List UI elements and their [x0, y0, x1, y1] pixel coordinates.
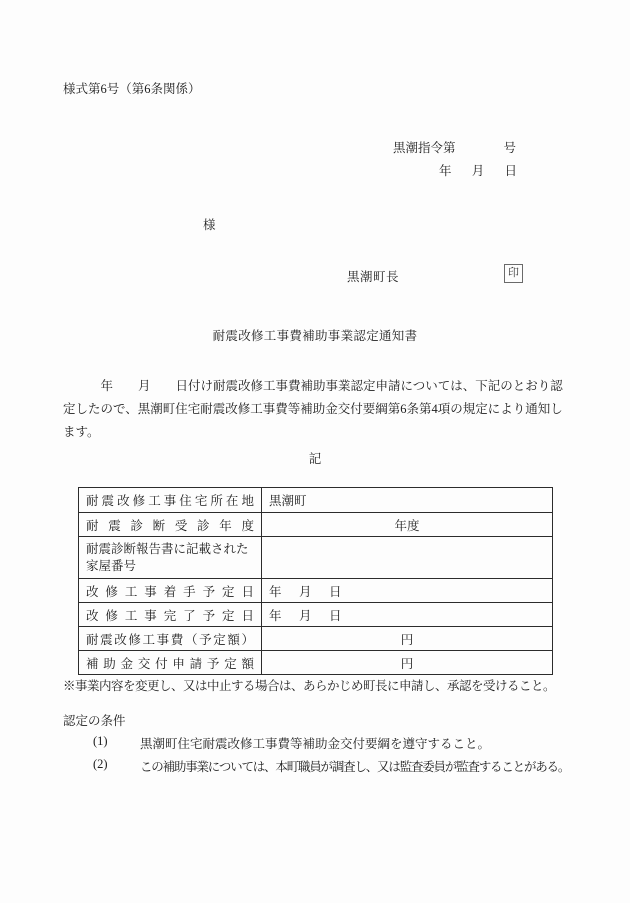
table-row: 耐震改修工事住宅所在地 黒潮町 [79, 488, 553, 513]
table-row: 耐震改修工事費（予定額） 円 [79, 627, 553, 651]
condition-text: 黒潮町住宅耐震改修工事費等補助金交付要綱を遵守すること。 [140, 734, 490, 752]
change-cancel-note: ※事業内容を変更し、又は中止する場合は、あらかじめ町長に申請し、承認を受けること… [63, 676, 555, 694]
table-row: 改修工事着手予定日 年 月 日 [79, 579, 553, 603]
row-label-location: 耐震改修工事住宅所在地 [79, 488, 262, 513]
document-page: 様式第6号（第6条関係） 黒潮指令第 号 年 月 日 様 黒潮町長 印 耐震改修… [0, 0, 630, 903]
notice-table: 耐震改修工事住宅所在地 黒潮町 耐震診断受診年度 年度 耐震診断報告書に記載され… [78, 487, 553, 675]
recipient-honorific: 様 [203, 215, 216, 233]
row-value-work-cost: 円 [262, 627, 553, 651]
issuer-title: 黒潮町長 [347, 267, 399, 285]
date-day-label: 日 [504, 161, 517, 179]
table-row: 耐震診断報告書に記載された 家屋番号 [79, 537, 553, 579]
row-label-subsidy-amount: 補助金交付申請予定額 [79, 651, 262, 675]
condition-item: (2) この補助事業については、本町職員が調査し、又は監査委員が監査することがあ… [93, 757, 569, 775]
date-year-label: 年 [439, 161, 452, 179]
body-line: ます。 [63, 421, 571, 444]
issue-date-line: 年 月 日 [439, 161, 517, 179]
directive-suffix: 号 [503, 138, 516, 156]
row-value-end-date: 年 月 日 [262, 603, 553, 627]
row-label-diagnosis-year: 耐震診断受診年度 [79, 513, 262, 537]
directive-number-line: 黒潮指令第 号 [393, 138, 516, 156]
condition-marker: (2) [93, 757, 140, 775]
row-label-start-date: 改修工事着手予定日 [79, 579, 262, 603]
row-label-work-cost: 耐震改修工事費（予定額） [79, 627, 262, 651]
date-month-label: 月 [472, 161, 485, 179]
row-value-location: 黒潮町 [262, 488, 553, 513]
body-paragraph: 年 月 日付け耐震改修工事費補助事業認定申請については、下記のとおり認 定したの… [63, 375, 571, 444]
document-title: 耐震改修工事費補助事業認定通知書 [0, 326, 630, 344]
table-row: 補助金交付申請予定額 円 [79, 651, 553, 675]
row-value-subsidy-amount: 円 [262, 651, 553, 675]
body-line: 定したので、黒潮町住宅耐震改修工事費等補助金交付要綱第6条第4項の規定により通知… [63, 398, 571, 421]
row-label-house-number: 耐震診断報告書に記載された 家屋番号 [79, 537, 262, 579]
row-value-start-date: 年 月 日 [262, 579, 553, 603]
condition-item: (1) 黒潮町住宅耐震改修工事費等補助金交付要綱を遵守すること。 [93, 734, 490, 752]
conditions-heading: 認定の条件 [63, 711, 126, 729]
condition-text: この補助事業については、本町職員が調査し、又は監査委員が監査することがある。 [140, 757, 569, 775]
table-row: 耐震診断受診年度 年度 [79, 513, 553, 537]
row-label-end-date: 改修工事完了予定日 [79, 603, 262, 627]
seal-stamp: 印 [504, 264, 523, 283]
condition-marker: (1) [93, 734, 140, 752]
table-row: 改修工事完了予定日 年 月 日 [79, 603, 553, 627]
ki-marker: 記 [0, 449, 630, 467]
row-value-diagnosis-year: 年度 [262, 513, 553, 537]
row-value-house-number [262, 537, 553, 579]
form-number: 様式第6号（第6条関係） [63, 79, 201, 97]
body-line: 年 月 日付け耐震改修工事費補助事業認定申請については、下記のとおり認 [63, 375, 571, 398]
directive-prefix: 黒潮指令第 [393, 138, 456, 156]
